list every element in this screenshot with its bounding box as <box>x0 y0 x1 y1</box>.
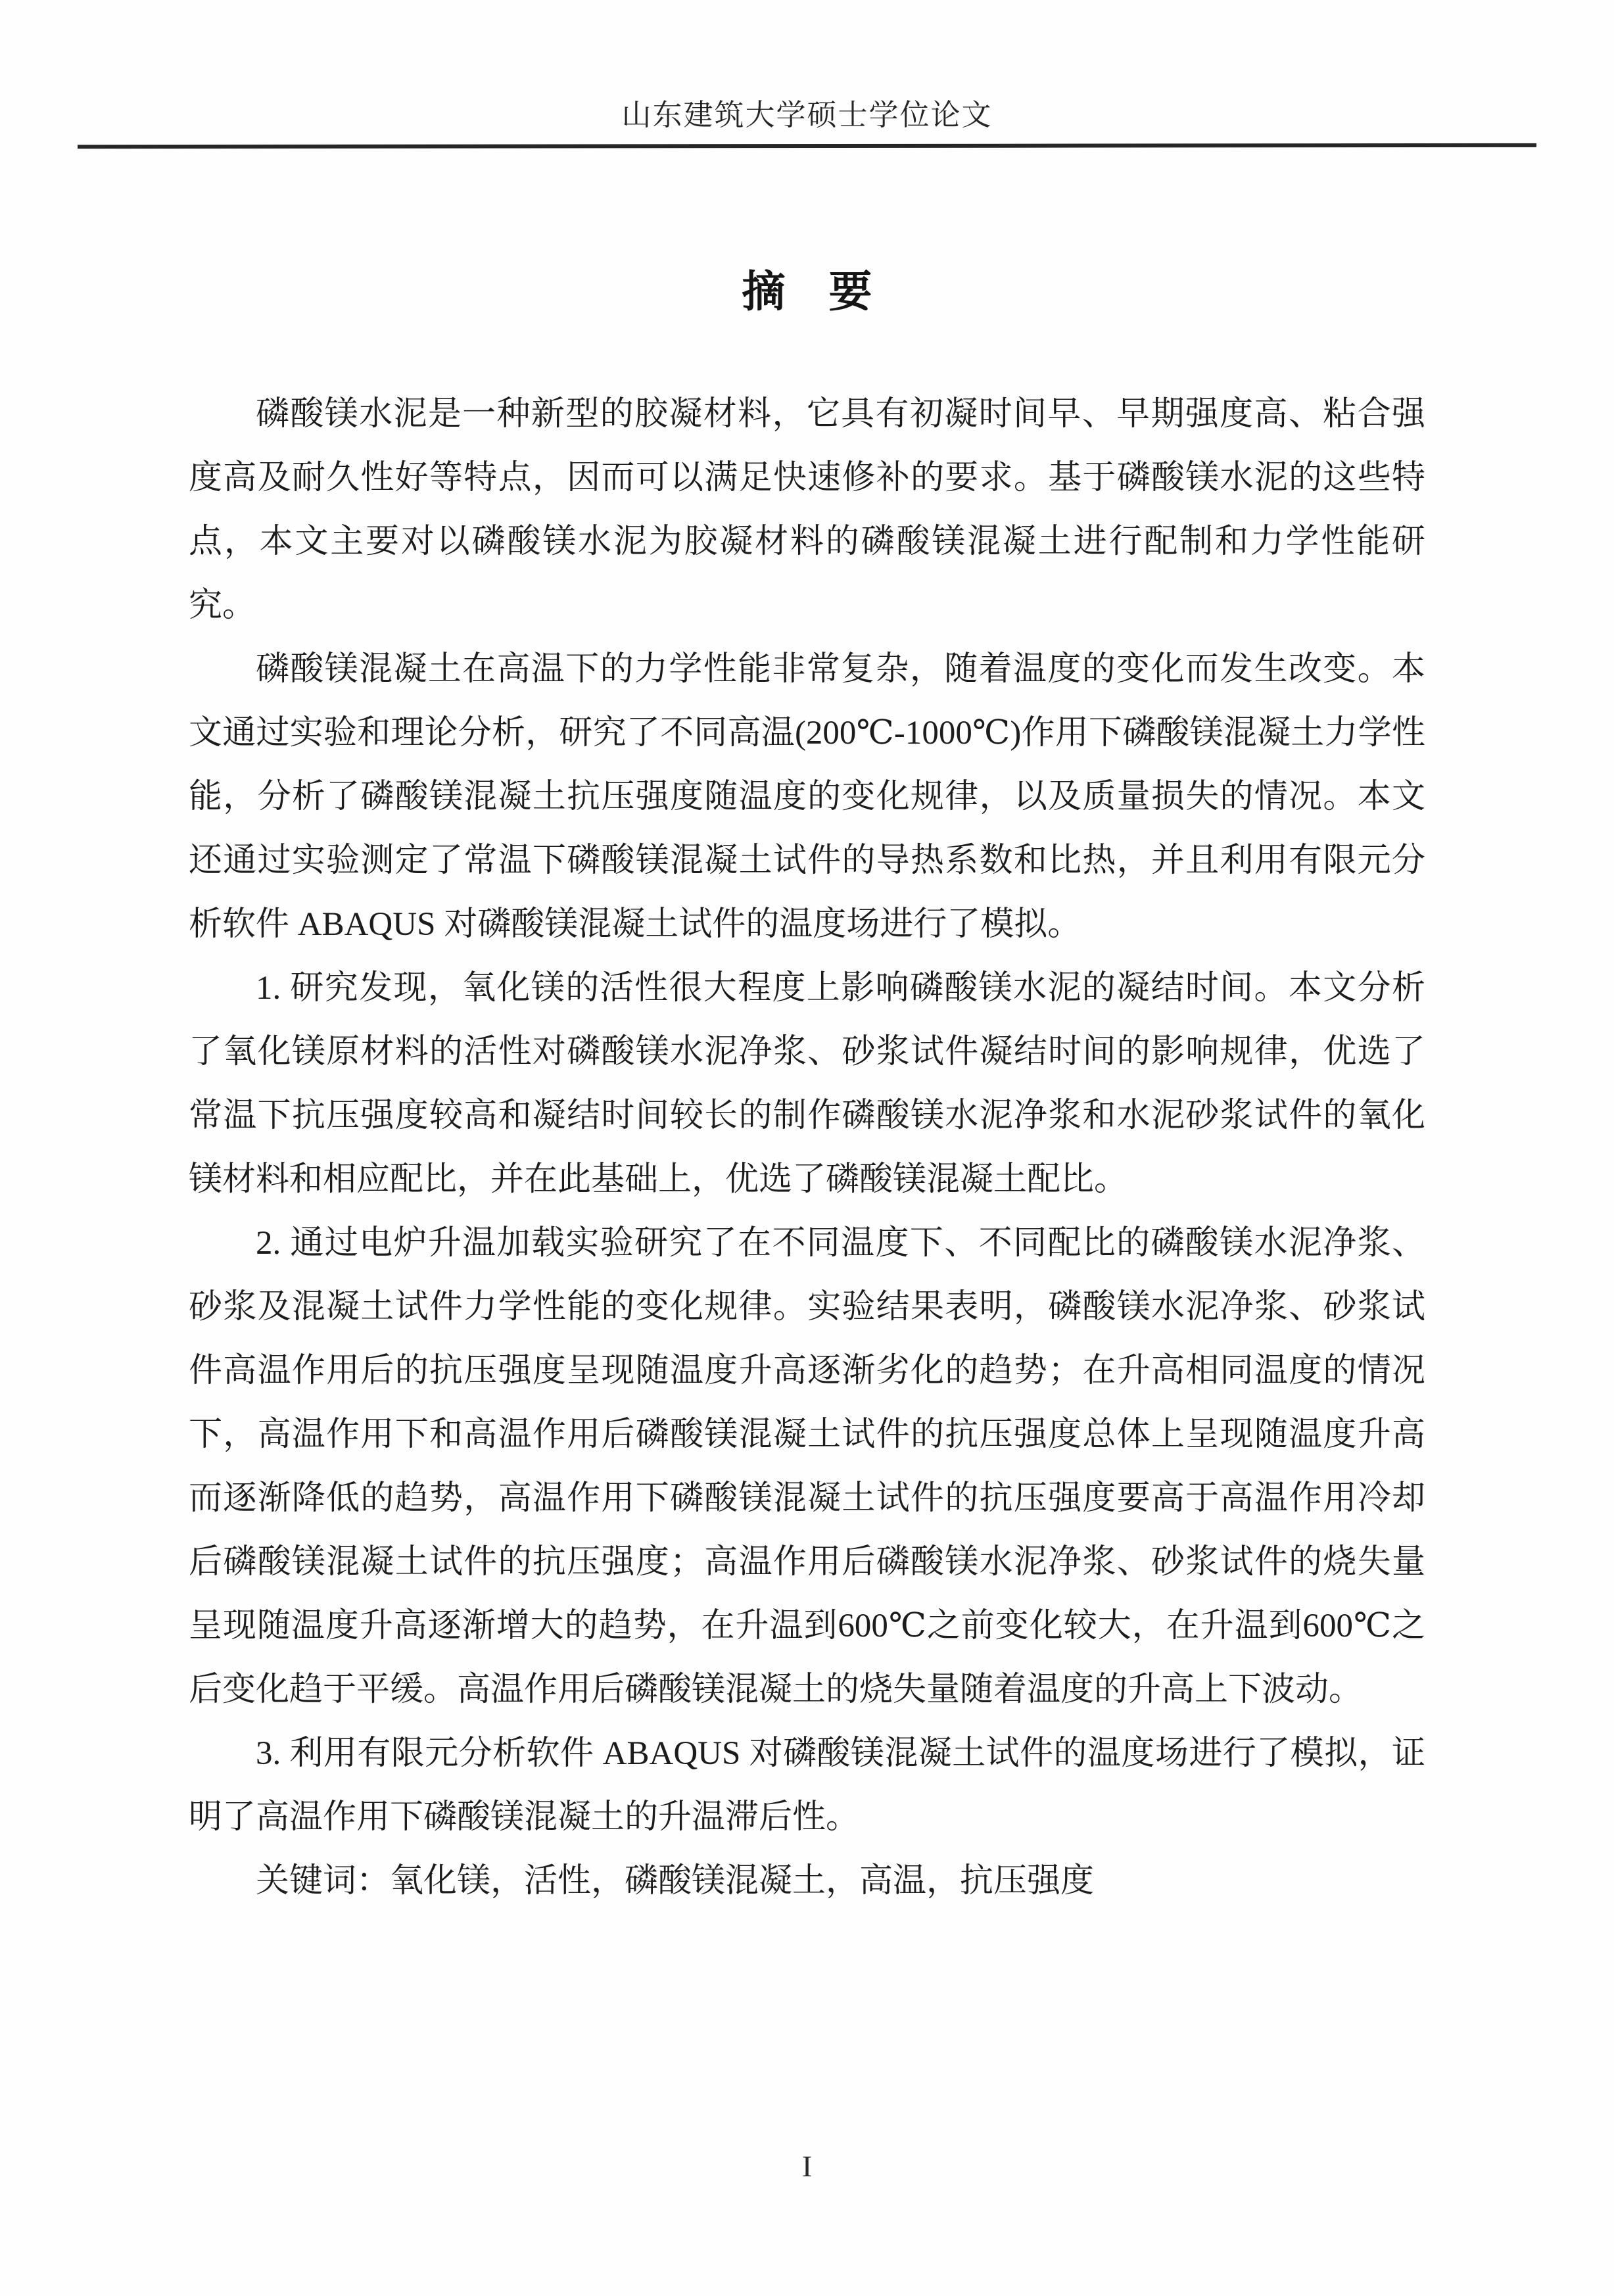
keywords-line: 关键词：氧化镁，活性，磷酸镁混凝土，高温，抗压强度 <box>189 1850 1425 1913</box>
page-title: 摘 要 <box>0 266 1614 318</box>
abstract-paragraph-finding-3: 3. 利用有限元分析软件 ABAQUS 对磷酸镁混凝土试件的温度场进行了模拟，证… <box>189 1722 1425 1850</box>
abstract-paragraph-finding-2: 2. 通过电炉升温加载实验研究了在不同温度下、不同配比的磷酸镁水泥净浆、砂浆及混… <box>189 1212 1425 1722</box>
page-header-text: 山东建筑大学硕士学位论文 <box>0 97 1614 133</box>
abstract-paragraph-overview: 磷酸镁混凝土在高温下的力学性能非常复杂，随着温度的变化而发生改变。本文通过实验和… <box>189 638 1425 957</box>
page-number: I <box>0 2149 1614 2184</box>
abstract-paragraph-intro: 磷酸镁水泥是一种新型的胶凝材料，它具有初凝时间早、早期强度高、粘合强度高及耐久性… <box>189 383 1425 638</box>
abstract-paragraph-finding-1: 1. 研究发现，氧化镁的活性很大程度上影响磷酸镁水泥的凝结时间。本文分析了氧化镁… <box>189 957 1425 1212</box>
thesis-abstract-page: 山东建筑大学硕士学位论文 摘 要 磷酸镁水泥是一种新型的胶凝材料，它具有初凝时间… <box>0 0 1614 2296</box>
abstract-body: 磷酸镁水泥是一种新型的胶凝材料，它具有初凝时间早、早期强度高、粘合强度高及耐久性… <box>189 383 1425 1913</box>
header-divider-rule <box>78 143 1536 149</box>
